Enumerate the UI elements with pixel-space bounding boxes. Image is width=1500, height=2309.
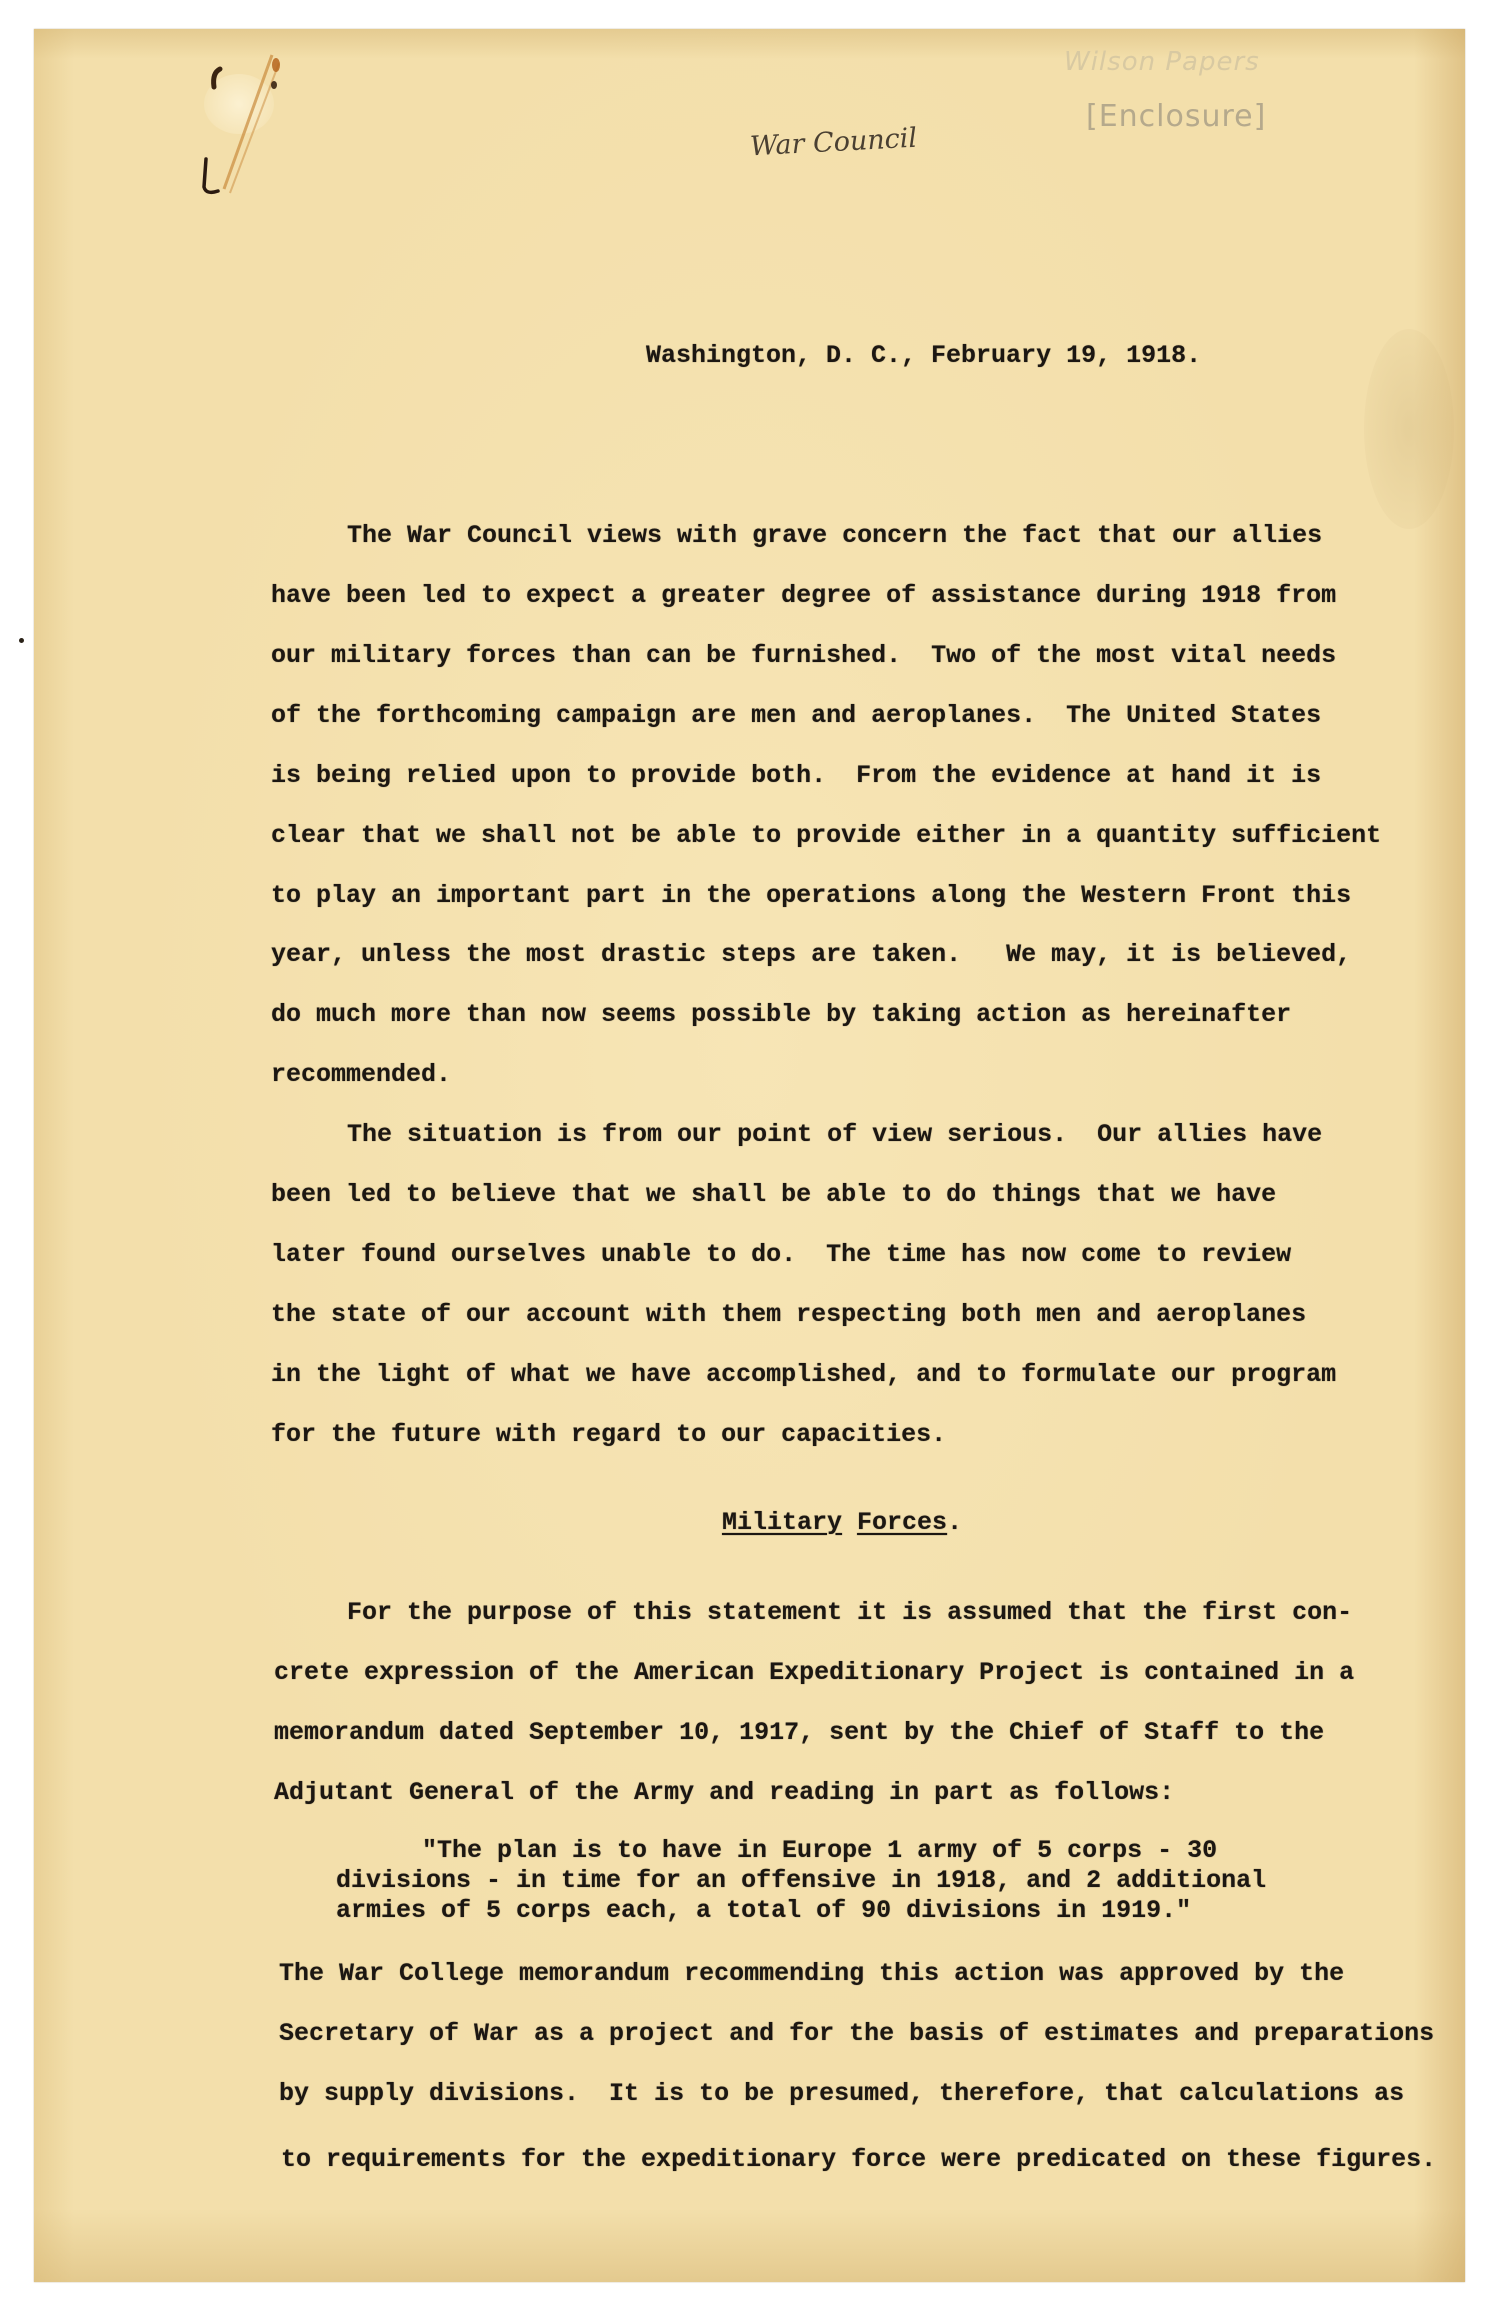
text-line: in the light of what we have accomplishe… [271, 1362, 1336, 1387]
text-line: crete expression of the American Expedit… [274, 1660, 1354, 1685]
heading-word-military: Military [722, 1508, 842, 1537]
pencil-enclosure-label: [Enclosure] [1086, 99, 1266, 134]
margin-speck [19, 638, 24, 643]
handwritten-note: War Council [749, 123, 917, 163]
text-line: The situation is from our point of view … [347, 1122, 1322, 1147]
text-line: by supply divisions. It is to be presume… [279, 2081, 1404, 2106]
text-line: to requirements for the expeditionary fo… [281, 2147, 1436, 2172]
text-line: of the forthcoming campaign are men and … [271, 703, 1321, 728]
text-line: is being relied upon to provide both. Fr… [271, 763, 1321, 788]
quote-line: divisions - in time for an offensive in … [336, 1868, 1266, 1893]
text-line: Secretary of War as a project and for th… [279, 2021, 1434, 2046]
text-line: to play an important part in the operati… [271, 883, 1351, 908]
heading-period: . [947, 1508, 962, 1537]
text-line: the state of our account with them respe… [271, 1302, 1306, 1327]
quote-line: "The plan is to have in Europe 1 army of… [422, 1838, 1217, 1863]
pencil-note-faint: Wilson Papers [1064, 47, 1260, 77]
text-line: Adjutant General of the Army and reading… [274, 1780, 1174, 1805]
text-line: For the purpose of this statement it is … [347, 1600, 1352, 1625]
text-line: year, unless the most drastic steps are … [271, 942, 1351, 967]
heading-word-forces: Forces [857, 1508, 947, 1537]
text-line: memorandum dated September 10, 1917, sen… [274, 1720, 1324, 1745]
text-line: recommended. [271, 1062, 451, 1087]
check-mark-icon [184, 49, 294, 199]
text-line: later found ourselves unable to do. The … [271, 1242, 1291, 1267]
text-line: clear that we shall not be able to provi… [271, 823, 1381, 848]
text-line: The War College memorandum recommending … [279, 1961, 1344, 1986]
document-page: War Council Wilson Papers [Enclosure] Wa… [34, 29, 1465, 2282]
text-line: have been led to expect a greater degree… [271, 583, 1336, 608]
text-line: The War Council views with grave concern… [347, 523, 1322, 548]
paper-stain [1364, 329, 1454, 529]
section-heading: Military Forces. [722, 1510, 962, 1535]
text-line: been led to believe that we shall be abl… [271, 1182, 1276, 1207]
text-line: our military forces than can be furnishe… [271, 643, 1336, 668]
dateline: Washington, D. C., February 19, 1918. [646, 343, 1201, 368]
quote-line: armies of 5 corps each, a total of 90 di… [336, 1898, 1191, 1923]
text-line: do much more than now seems possible by … [271, 1002, 1291, 1027]
text-line: for the future with regard to our capaci… [271, 1422, 946, 1447]
